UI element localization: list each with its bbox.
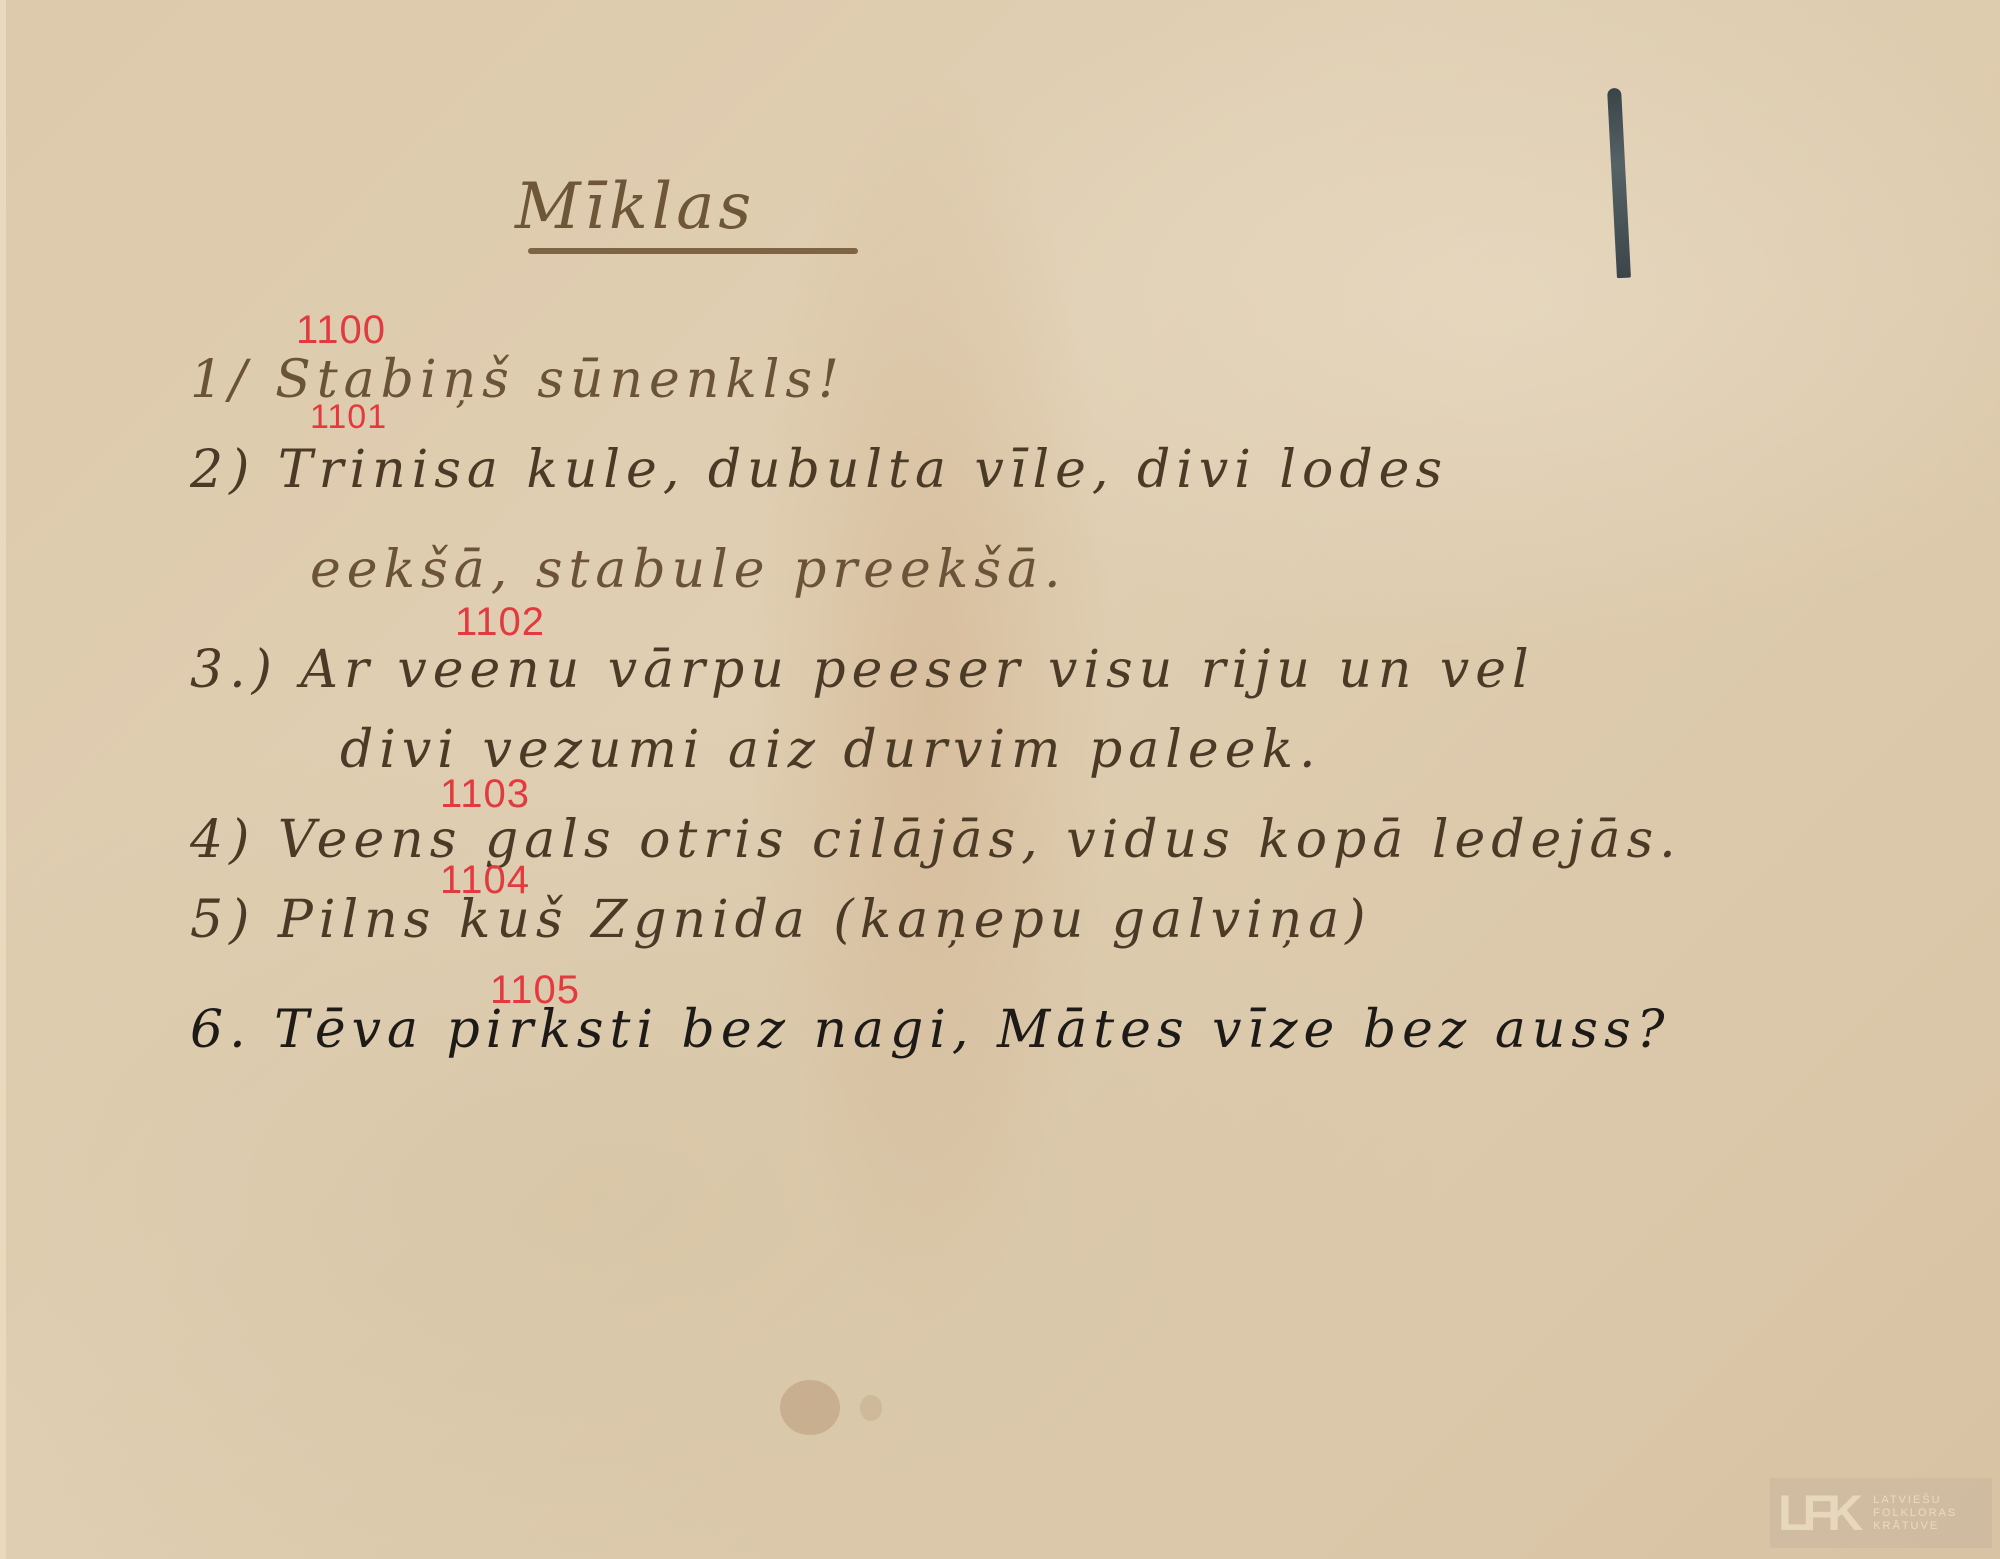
riddle-line: 2) Trinisa kule, dubulta vīle, divi lode… [190,440,1448,500]
archive-number: 1102 [455,600,545,645]
riddle-line: eekšā, stabule preekšā. [310,540,1067,600]
riddle-line: 6. Tēva pirksti bez nagi, Mātes vīze bez… [190,1000,1671,1060]
lfk-logo-icon: LFK [1778,1484,1857,1542]
title-underline [528,248,858,254]
archive-number: 1101 [310,398,387,437]
archive-number: 1100 [296,308,386,353]
riddle-line: 1/ Stabiņš sūnenkls! [190,350,845,410]
riddle-line: 3.) Ar veenu vārpu peeser visu riju un v… [190,640,1535,700]
corner-ink-mark [1607,88,1631,278]
riddle-line: 4) Veens gals otris cilājās, vidus kopā … [190,810,1682,870]
document-title: Mīklas [515,170,755,244]
archive-name: LATVIEŠU FOLKLORAS KRĀTUVE [1873,1494,1957,1533]
manuscript-page: Mīklas 1100 1/ Stabiņš sūnenkls! 1101 2)… [0,0,2000,1559]
paper-stain [780,1380,840,1435]
riddle-line: 5) Pilns kuš Zgnida (kaņepu galviņa) [190,890,1372,950]
paper-stain [860,1395,882,1421]
archive-watermark-logo: LFK LATVIEŠU FOLKLORAS KRĀTUVE [1770,1478,1992,1548]
riddle-line: divi vezumi aiz durvim paleek. [340,720,1322,780]
paper-edge [0,0,6,1559]
